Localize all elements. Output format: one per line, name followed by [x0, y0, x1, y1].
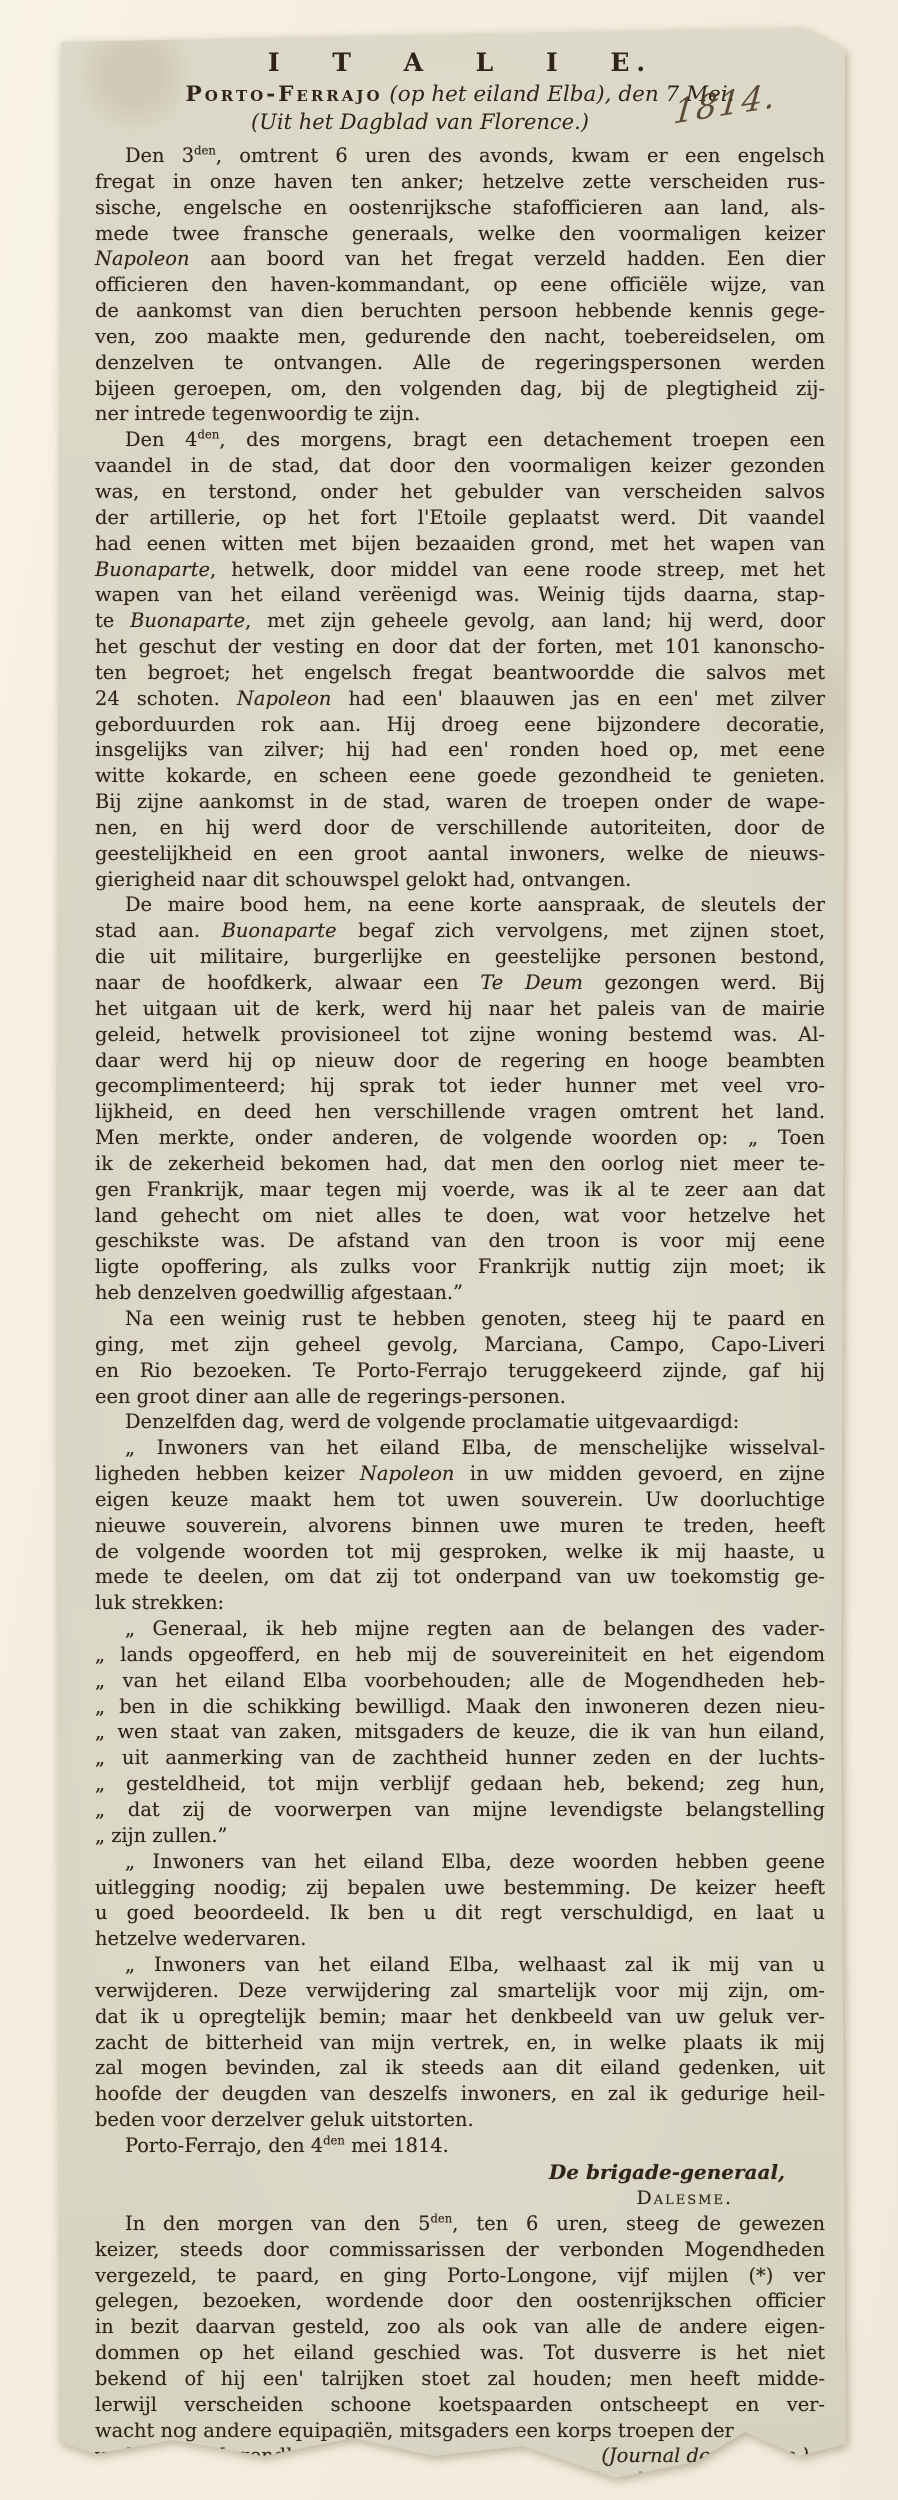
article-line: Den 3den, omtrent 6 uren des avonds, kwa…: [95, 143, 825, 169]
article-line: gelegen, bezoeken, wordende door den oos…: [95, 2288, 825, 2314]
article-line: Porto-Ferrajo, den 4den mei 1814.: [95, 2133, 825, 2159]
article-line: gierigheid naar dit schouwspel gelokt ha…: [95, 867, 825, 893]
article-line: ten begroet; het engelsch fregat beantwo…: [95, 660, 825, 686]
article-line: „ ben in die schikking bewilligd. Maak d…: [95, 1694, 825, 1720]
article-line: „ wen staat van zaken, mitsgaders de keu…: [95, 1719, 825, 1745]
article-line: Napoleon aan boord van het fregat verzel…: [95, 246, 825, 272]
article-line: gen Frankrijk, maar tegen mij voerde, wa…: [95, 1177, 825, 1203]
paragraph: „ Inwoners van het eiland Elba, welhaast…: [95, 1952, 825, 2133]
article-line: nieuwe souverein, alvorens binnen uwe mu…: [95, 1513, 825, 1539]
article-line: „ Generaal, ik heb mijne regten aan de b…: [95, 1616, 825, 1642]
article-line: keizer, steeds door commissarissen der v…: [95, 2237, 825, 2263]
signature-name: Dalesme.: [95, 2185, 825, 2211]
article-line: dommen op het eiland geschied was. Tot d…: [95, 2340, 825, 2366]
paragraph: „ Inwoners van het eiland Elba, deze woo…: [95, 1849, 825, 1952]
article-line: bijeen geroepen, om, den volgenden dag, …: [95, 376, 825, 402]
article-line: beden voor derzelver geluk uitstorten.: [95, 2107, 825, 2133]
paragraph: De maire bood hem, na eene korte aanspra…: [95, 892, 825, 1306]
paragraph: „ Generaal, ik heb mijne regten aan de b…: [95, 1616, 825, 1849]
article-line: het geschut der vesting en door dat der …: [95, 634, 825, 660]
article-line: heb denzelven goedwillig afgestaan.”: [95, 1280, 825, 1306]
article-line: ging, met zijn geheel gevolg, Marciana, …: [95, 1332, 825, 1358]
mount-paper: I T A L I E. Porto-Ferrajo (op het eilan…: [0, 0, 898, 2500]
article-line: was, en terstond, onder het gebulder van…: [95, 479, 825, 505]
article-line: „ lands opgeofferd, en heb mij de souver…: [95, 1642, 825, 1668]
article-line: bekend of hij een' talrijken stoet zal h…: [95, 2366, 825, 2392]
article-line: had eenen witten met bijen bezaaiden gro…: [95, 531, 825, 557]
article-line: mede twee fransche generaals, welke den …: [95, 221, 825, 247]
article-line: wapen van het eiland verëenigd was. Wein…: [95, 582, 825, 608]
article-line: fregat in onze haven ten anker; hetzelve…: [95, 169, 825, 195]
article-line: ven, zoo maakte men, gedurende den nacht…: [95, 324, 825, 350]
article-line: verwijderen. Deze verwijdering zal smart…: [95, 1978, 825, 2004]
article-line: lerwijl verscheiden schoone koetspaarden…: [95, 2392, 825, 2418]
article-line: wacht nog andere equipagiën, mitsgaders …: [95, 2418, 825, 2444]
article-line: hetzelve wedervaren.: [95, 1926, 825, 1952]
article-line: insgelijks van zilver; hij had een' rond…: [95, 737, 825, 763]
article-line: vaandel in de stad, dat door den voormal…: [95, 453, 825, 479]
source-credit: (Journal des Débats.): [601, 2443, 825, 2469]
article-line: Na een weinig rust te hebben genoten, st…: [95, 1306, 825, 1332]
article-line: In den morgen van den 5den, ten 6 uren, …: [95, 2211, 825, 2237]
article-line: geborduurden rok aan. Hij droeg eene bij…: [95, 712, 825, 738]
article-line: die uit militaire, burgerlijke en geeste…: [95, 944, 825, 970]
article-line: De maire bood hem, na eene korte aanspra…: [95, 892, 825, 918]
article-line: de aankomst van dien beruchten persoon h…: [95, 298, 825, 324]
article-line: officieren den haven-kommandant, op eene…: [95, 272, 825, 298]
paragraph: Na een weinig rust te hebben genoten, st…: [95, 1306, 825, 1409]
article-line: denzelven te ontvangen. Alle de regering…: [95, 350, 825, 376]
article-line: Denzelfden dag, werd de volgende proclam…: [95, 1409, 825, 1435]
article-line: ligte opoffering, als zulks voor Frankri…: [95, 1254, 825, 1280]
article-line: „ Inwoners van het eiland Elba, welhaast…: [95, 1952, 825, 1978]
article-line: zal mogen bevinden, zal ik steeds aan di…: [95, 2055, 825, 2081]
article-line: „ uit aanmerking van de zachtheid hunner…: [95, 1745, 825, 1771]
paragraph: Den 4den, des morgens, bragt een detache…: [95, 427, 825, 892]
paragraph: In den morgen van den 5den, ten 6 uren, …: [95, 2211, 825, 2444]
article-line: Den 4den, des morgens, bragt een detache…: [95, 427, 825, 453]
paragraph: „ Inwoners van het eiland Elba, de mensc…: [95, 1435, 825, 1616]
closing-line: verbonden Mogendheden.(Journal des Débat…: [95, 2443, 825, 2469]
signature-role: De brigade-generaal,: [95, 2159, 825, 2185]
article-line: een groot diner aan alle de regerings-pe…: [95, 1384, 825, 1410]
dateline-place: Porto-Ferrajo: [186, 82, 383, 107]
article-line: „ van het eiland Elba voorbehouden; alle…: [95, 1668, 825, 1694]
paragraph: Denzelfden dag, werd de volgende proclam…: [95, 1409, 825, 1435]
article-line: daar werd hij op nieuw door de regering …: [95, 1048, 825, 1074]
article-line: het uitgaan uit de kerk, werd hij naar h…: [95, 996, 825, 1022]
article-line: zacht de bitterheid van mijn vertrek, en…: [95, 2030, 825, 2056]
article-line: geleid, hetwelk provisioneel tot zijne w…: [95, 1022, 825, 1048]
article-line: nen, en hij werd door de verschillende a…: [95, 815, 825, 841]
article-line: luk strekken:: [95, 1590, 825, 1616]
article-line: „ zijn zullen.”: [95, 1823, 825, 1849]
article-line: ik de zekerheid bekomen had, dat men den…: [95, 1151, 825, 1177]
article-line: geestelijkheid en een groot aantal inwon…: [95, 841, 825, 867]
article-line: u goed beoordeeld. Ik ben u dit regt ver…: [95, 1900, 825, 1926]
article-line: Buonaparte, hetwelk, door middel van een…: [95, 557, 825, 583]
article-line: eigen keuze maakt hem tot uwen souverein…: [95, 1487, 825, 1513]
article-body: Den 3den, omtrent 6 uren des avonds, kwa…: [95, 143, 825, 2469]
article-line: geschikste was. De afstand van den troon…: [95, 1228, 825, 1254]
article-line: uitlegging noodig; zij bepalen uwe beste…: [95, 1875, 825, 1901]
article-line: ligheden hebben keizer Napoleon in uw mi…: [95, 1461, 825, 1487]
torn-edge-remnant: [215, 2471, 695, 2478]
article-line: gecomplimenteerd; hij sprak tot ieder hu…: [95, 1073, 825, 1099]
article-line: en Rio bezoeken. Te Porto-Ferrajo terugg…: [95, 1358, 825, 1384]
article-line: der artillerie, op het fort l'Etoile gep…: [95, 505, 825, 531]
article-line: naar de hoofdkerk, alwaar een Te Deum ge…: [95, 970, 825, 996]
article-line: „ gesteldheid, tot mijn verblijf gedaan …: [95, 1771, 825, 1797]
article-line: land gehecht om niet alles te doen, wat …: [95, 1203, 825, 1229]
article-line: in bezit daarvan gesteld, zoo als ook va…: [95, 2314, 825, 2340]
article-line: „ dat zij de voorwerpen van mijne levend…: [95, 1797, 825, 1823]
article-line: „ Inwoners van het eiland Elba, de mensc…: [95, 1435, 825, 1461]
article-line: sische, engelsche en oostenrijksche staf…: [95, 195, 825, 221]
article-line: stad aan. Buonaparte begaf zich vervolge…: [95, 918, 825, 944]
paragraph: Porto-Ferrajo, den 4den mei 1814.: [95, 2133, 825, 2159]
article-line: de volgende woorden tot mij gesproken, w…: [95, 1539, 825, 1565]
newspaper-clipping: I T A L I E. Porto-Ferrajo (op het eilan…: [55, 26, 847, 2486]
paragraph: Den 3den, omtrent 6 uren des avonds, kwa…: [95, 143, 825, 427]
article-line: mede te deelen, om dat zij tot onderpand…: [95, 1564, 825, 1590]
newspaper-clipping-wrapper: I T A L I E. Porto-Ferrajo (op het eilan…: [55, 26, 847, 2486]
article-line: lijkheid, en deed hen verschillende vrag…: [95, 1099, 825, 1125]
article-line: „ Inwoners van het eiland Elba, deze woo…: [95, 1849, 825, 1875]
article-line: dat ik u opregtelijk bemin; maar het den…: [95, 2004, 825, 2030]
article-line: ner intrede tegenwoordig te zijn.: [95, 401, 825, 427]
article-line: hoofde der deugden van deszelfs inwoners…: [95, 2081, 825, 2107]
article-line: Men merkte, onder anderen, de volgende w…: [95, 1125, 825, 1151]
article-line: te Buonaparte, met zijn geheele gevolg, …: [95, 608, 825, 634]
article-line: witte kokarde, en scheen eene goede gezo…: [95, 763, 825, 789]
closing-text: verbonden Mogendheden.: [95, 2443, 353, 2469]
article-line: vergezeld, te paard, en ging Porto-Longo…: [95, 2263, 825, 2289]
section-title: I T A L I E.: [95, 48, 825, 77]
article-line: 24 schoten. Napoleon had een' blaauwen j…: [95, 686, 825, 712]
article-line: Bij zijne aankomst in de stad, waren de …: [95, 789, 825, 815]
